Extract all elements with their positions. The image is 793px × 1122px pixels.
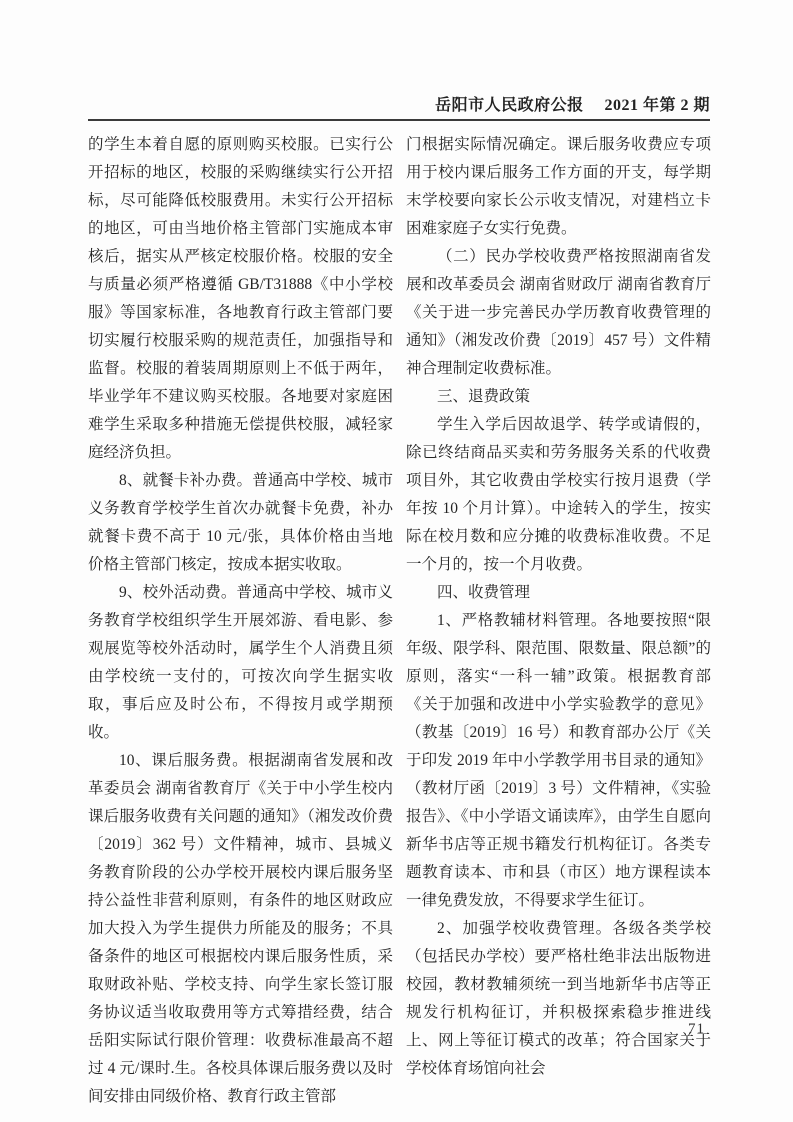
page-number: 71 xyxy=(688,1021,705,1038)
paragraph-after-school-service-fee: 10、课后服务费。根据湖南省发展和改革委员会 湖南省教育厅《关于中小学生校内课后… xyxy=(88,747,393,1111)
gazette-page: 岳阳市人民政府公报2021 年第 2 期 的学生本着自愿的原则购买校服。已实行公… xyxy=(0,0,793,1122)
left-column: 的学生本着自愿的原则购买校服。已实行公开招标的地区，校服的采购继续实行公开招标，… xyxy=(88,131,393,1111)
journal-title: 岳阳市人民政府公报 xyxy=(435,97,584,114)
paragraph-continuation-uniform-policy: 的学生本着自愿的原则购买校服。已实行公开招标的地区，校服的采购继续实行公开招标，… xyxy=(88,131,393,467)
paragraph-private-school-fees: （二）民办学校收费严格按照湖南省发展和改革委员会 湖南省财政厅 湖南省教育厅《关… xyxy=(406,243,711,383)
paragraph-outing-activity-fee: 9、校外活动费。普通高中学校、城市义务教育学校组织学生开展郊游、看电影、参观展览… xyxy=(88,579,393,747)
section-heading-refund-policy: 三、退费政策 xyxy=(406,383,711,411)
paragraph-after-school-service-continued: 门根据实际情况确定。课后服务收费应专项用于校内课后服务工作方面的开支，每学期末学… xyxy=(406,131,711,243)
header-rule xyxy=(88,119,710,121)
page-header: 岳阳市人民政府公报2021 年第 2 期 xyxy=(88,92,710,115)
paragraph-teaching-material-management: 1、严格教辅材料管理。各地要按照“限年级、限学科、限范围、限数量、限总额”的原则… xyxy=(406,607,711,915)
right-column: 门根据实际情况确定。课后服务收费应专项用于校内课后服务工作方面的开支，每学期末学… xyxy=(406,131,711,1083)
paragraph-meal-card-fee: 8、就餐卡补办费。普通高中学校、城市义务教育学校学生首次办就餐卡免费，补办就餐卡… xyxy=(88,467,393,579)
paragraph-school-fee-management: 2、加强学校收费管理。各级各类学校（包括民办学校）要严格杜绝非法出版物进校园，教… xyxy=(406,915,711,1083)
paragraph-refund-rules: 学生入学后因故退学、转学或请假的，除已终结商品买卖和劳务服务关系的代收费项目外，… xyxy=(406,411,711,579)
section-heading-fee-management: 四、收费管理 xyxy=(406,579,711,607)
issue-label: 2021 年第 2 期 xyxy=(604,97,710,114)
